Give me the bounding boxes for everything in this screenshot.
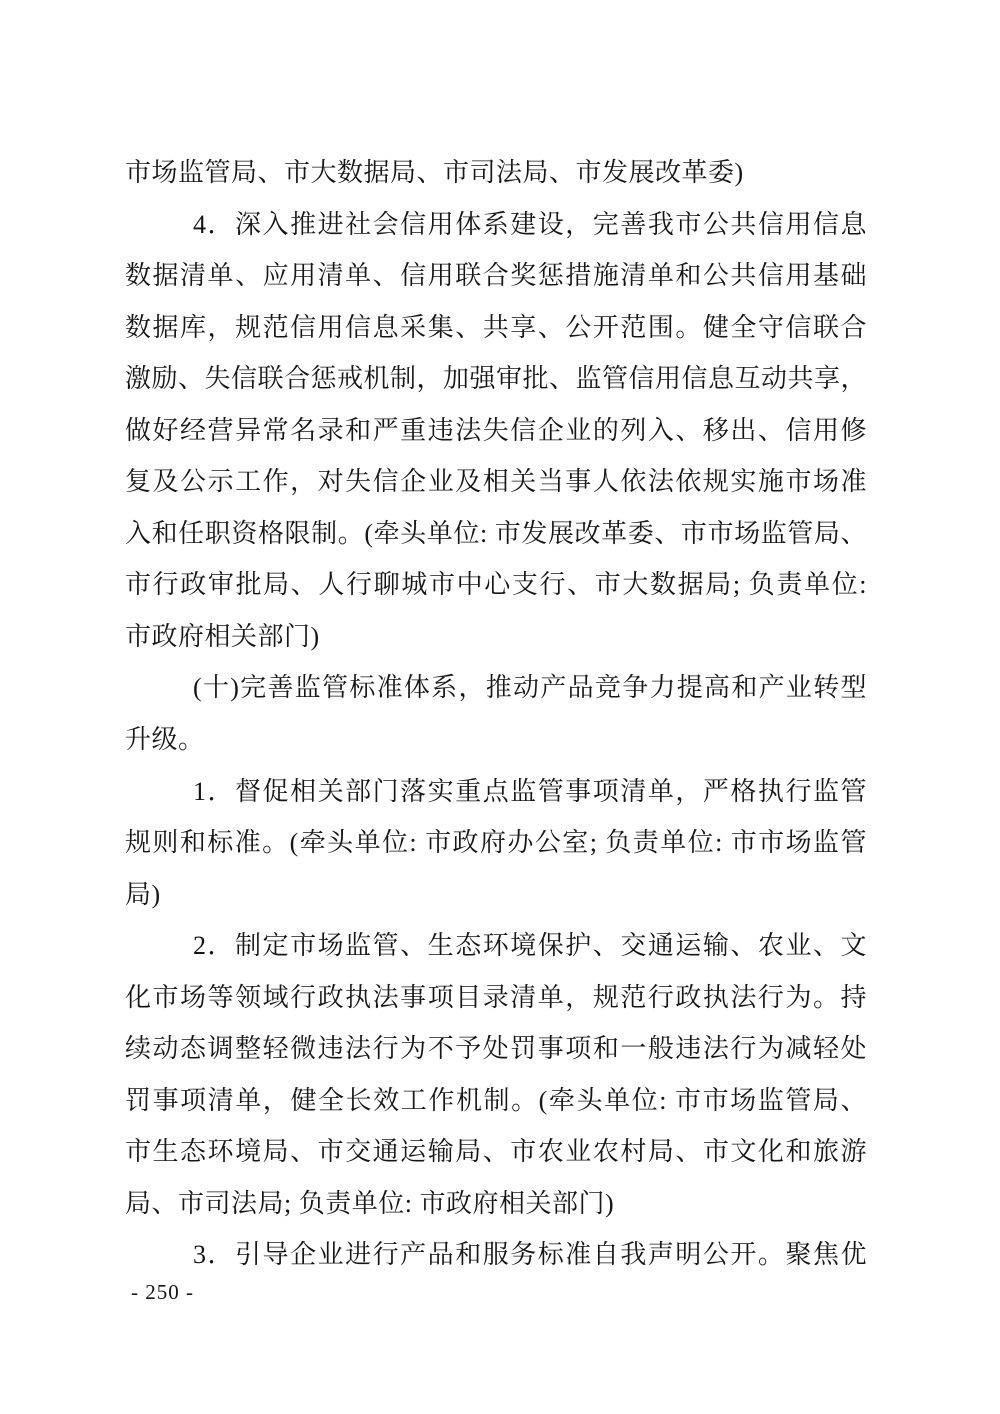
text-line: 入和任职资格限制。(牵头单位: 市发展改革委、市市场监管局、 <box>125 508 867 560</box>
text-line: 规则和标准。(牵头单位: 市政府办公室; 负责单位: 市市场监管 <box>125 817 867 869</box>
text-line: 市政府相关部门) <box>125 611 867 663</box>
text-line: 激励、失信联合惩戒机制，加强审批、监管信用信息互动共享， <box>125 353 867 405</box>
text-line: 市场监管局、市大数据局、市司法局、市发展改革委) <box>125 147 867 199</box>
text-line: 市行政审批局、人行聊城市中心支行、市大数据局; 负责单位: <box>125 559 867 611</box>
document-page: 市场监管局、市大数据局、市司法局、市发展改革委) 4．深入推进社会信用体系建设，… <box>0 0 1000 1414</box>
section-heading-line: 升级。 <box>125 714 867 766</box>
page-number: - 250 - <box>131 1277 194 1307</box>
text-line: 2．制定市场监管、生态环境保护、交通运输、农业、文 <box>125 920 867 972</box>
document-body: 市场监管局、市大数据局、市司法局、市发展改革委) 4．深入推进社会信用体系建设，… <box>125 147 867 1281</box>
text-line: 4．深入推进社会信用体系建设，完善我市公共信用信息 <box>125 199 867 251</box>
text-line: 数据清单、应用清单、信用联合奖惩措施清单和公共信用基础 <box>125 250 867 302</box>
text-line: 市生态环境局、市交通运输局、市农业农村局、市文化和旅游 <box>125 1126 867 1178</box>
text-line: 局、市司法局; 负责单位: 市政府相关部门) <box>125 1178 867 1230</box>
text-line: 局) <box>125 869 867 921</box>
text-line: 数据库，规范信用信息采集、共享、公开范围。健全守信联合 <box>125 302 867 354</box>
text-line: 罚事项清单，健全长效工作机制。(牵头单位: 市市场监管局、 <box>125 1075 867 1127</box>
text-line: 续动态调整轻微违法行为不予处罚事项和一般违法行为减轻处 <box>125 1023 867 1075</box>
section-heading-line: (十)完善监管标准体系，推动产品竞争力提高和产业转型 <box>125 662 867 714</box>
text-line: 复及公示工作，对失信企业及相关当事人依法依规实施市场准 <box>125 456 867 508</box>
text-line: 3．引导企业进行产品和服务标准自我声明公开。聚焦优 <box>125 1229 867 1281</box>
text-line: 化市场等领域行政执法事项目录清单，规范行政执法行为。持 <box>125 972 867 1024</box>
text-line: 1．督促相关部门落实重点监管事项清单，严格执行监管 <box>125 766 867 818</box>
text-line: 做好经营异常名录和严重违法失信企业的列入、移出、信用修 <box>125 405 867 457</box>
